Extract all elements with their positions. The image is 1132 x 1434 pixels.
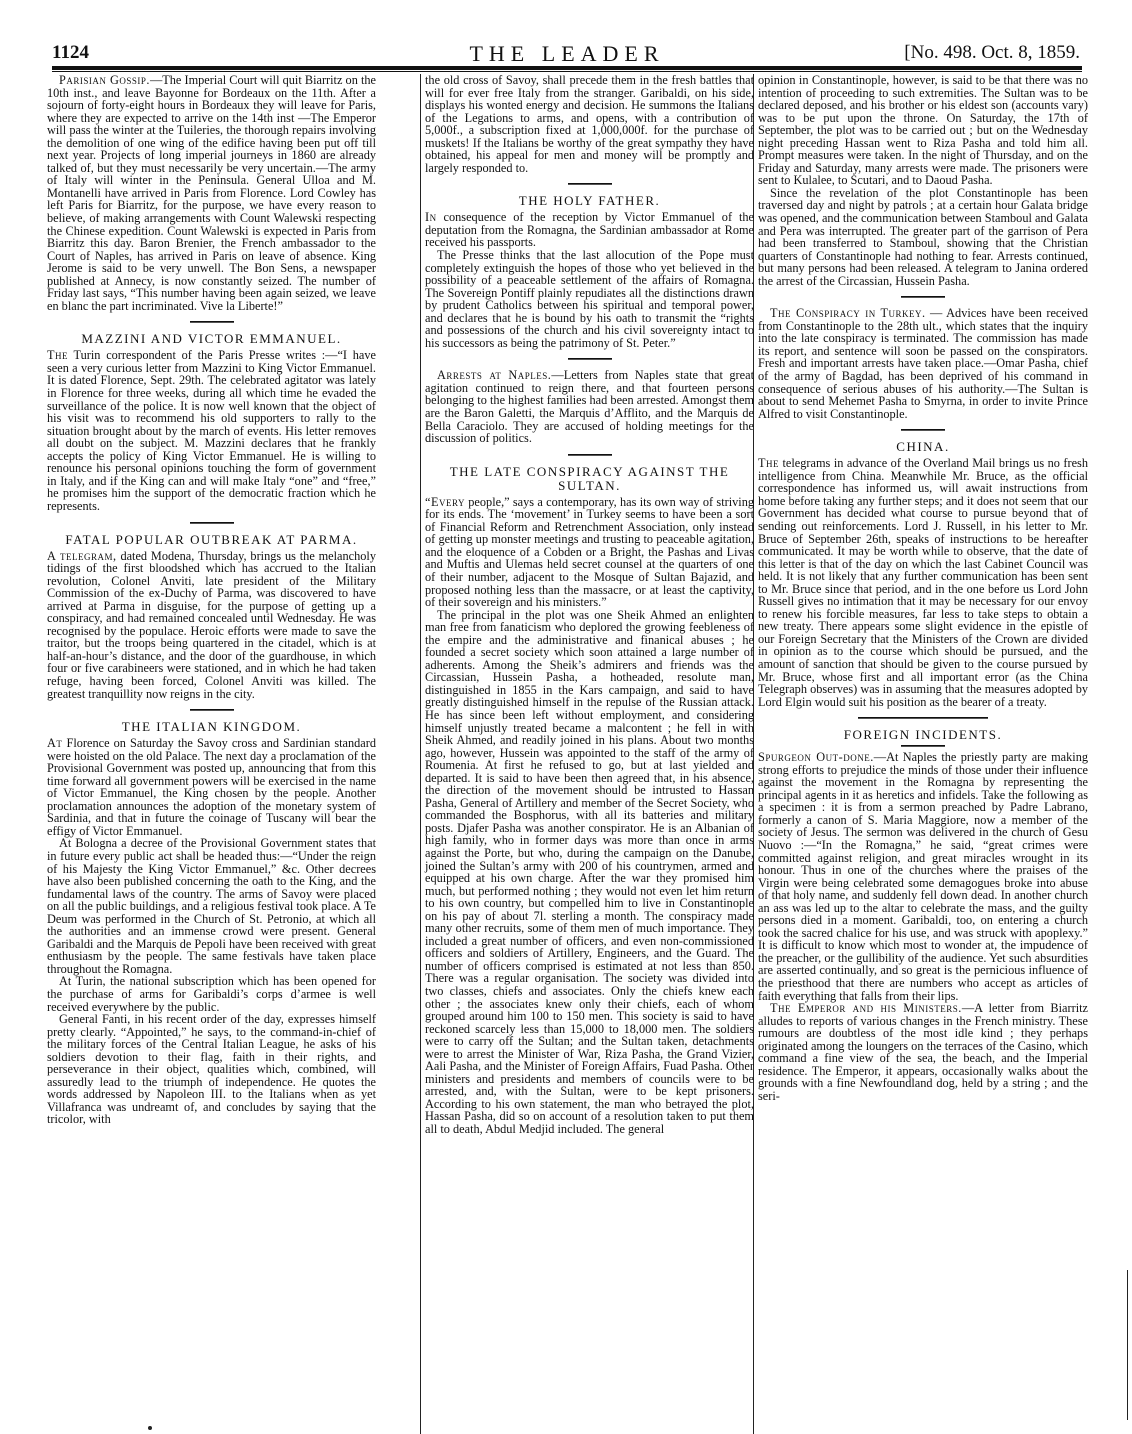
separator — [901, 296, 945, 298]
column-1: Parisian Gossip.—The Imperial Court will… — [47, 74, 376, 1126]
article-heading: THE LATE CONSPIRACY AGAINST THE SULTAN. — [425, 465, 754, 493]
article-body: Turin correspondent of the Paris Presse … — [47, 348, 376, 513]
article-paragraph: General Fanti, in his recent order of th… — [47, 1013, 376, 1126]
separator — [901, 429, 945, 431]
article-paragraph: Since the revelation of the plot Constan… — [758, 187, 1088, 287]
issue-date: [No. 498. Oct. 8, 1859. — [904, 42, 1080, 64]
article-parisian-gossip: Parisian Gossip.—The Imperial Court will… — [47, 74, 376, 312]
article-china: CHINA. The telegrams in advance of the O… — [758, 440, 1088, 708]
article-heading: THE ITALIAN KINGDOM. — [47, 720, 376, 734]
separator — [568, 183, 612, 185]
article-body: Florence on Saturday the Savoy cross and… — [47, 736, 376, 838]
article-body: —The Imperial Court will quit Biarritz o… — [47, 73, 376, 313]
print-speck — [148, 1426, 152, 1430]
article-body: — Advices have been received from Consta… — [758, 306, 1088, 420]
article-heading: CHINA. — [758, 440, 1088, 454]
article-arrests-naples: Arrests at Naples.—Letters from Naples s… — [425, 369, 754, 444]
article-paragraph: opinion in Constantinople, however, is s… — [758, 74, 1088, 187]
separator — [568, 358, 612, 360]
article-continuation: opinion in Constantinople, however, is s… — [758, 74, 1088, 287]
article-body: dated Modena, Thursday, brings us the me… — [47, 549, 376, 701]
article-mazzini: MAZZINI AND VICTOR EMMANUEL. The Turin c… — [47, 332, 376, 512]
article-heading: FOREIGN INCIDENTS. — [758, 728, 1088, 742]
article-parma: FATAL POPULAR OUTBREAK AT PARMA. A teleg… — [47, 533, 376, 701]
separator — [190, 522, 234, 524]
separator — [190, 709, 234, 711]
separator — [190, 321, 234, 323]
article-paragraph: At Turin, the national subscription whic… — [47, 975, 376, 1013]
article-conspiracy-sultan: THE LATE CONSPIRACY AGAINST THE SULTAN. … — [425, 465, 754, 1136]
separator — [858, 717, 988, 719]
article-paragraph: At Bologna a decree of the Provisional G… — [47, 837, 376, 975]
column-3: opinion in Constantinople, however, is s… — [758, 74, 1088, 1102]
article-continuation: the old cross of Savoy, shall precede th… — [425, 74, 754, 174]
column-divider — [420, 74, 421, 1434]
article-body: people,” says a contemporary, has its ow… — [425, 495, 754, 609]
article-body: —At Naples the priestly party are making… — [758, 750, 1088, 1002]
article-italian-kingdom: THE ITALIAN KINGDOM. At Florence on Satu… — [47, 720, 376, 1126]
article-body: —A letter from Biarritz alludes to repor… — [758, 1001, 1088, 1103]
column-2: the old cross of Savoy, shall precede th… — [425, 74, 754, 1136]
article-body: telegrams in advance of the Overland Mai… — [758, 456, 1088, 708]
article-holy-father: THE HOLY FATHER. In consequence of the r… — [425, 194, 754, 349]
article-heading: MAZZINI AND VICTOR EMMANUEL. — [47, 332, 376, 346]
article-heading: THE HOLY FATHER. — [425, 194, 754, 208]
article-body: consequence of the reception by Victor E… — [425, 210, 754, 249]
masthead-rule — [52, 66, 1082, 70]
separator — [568, 454, 612, 456]
article-emperor-ministers: The Emperor and his Ministers.—A letter … — [758, 1002, 1088, 1102]
article-heading: FATAL POPULAR OUTBREAK AT PARMA. — [47, 533, 376, 547]
masthead-rule-thin — [52, 71, 1082, 72]
article-foreign-incidents: FOREIGN INCIDENTS. Spurgeon Out-done.—At… — [758, 728, 1088, 1002]
article-paragraph: The Presse thinks that the last allocuti… — [425, 249, 754, 349]
article-paragraph: The principal in the plot was one Sheik … — [425, 609, 754, 1136]
page-edge — [1127, 1270, 1128, 1420]
separator — [901, 745, 945, 747]
article-paragraph: the old cross of Savoy, shall precede th… — [425, 74, 754, 174]
article-conspiracy-turkey: The Conspiracy in Turkey. — Advices have… — [758, 307, 1088, 420]
masthead: 1124 THE LEADER [No. 498. Oct. 8, 1859. — [52, 40, 1082, 64]
